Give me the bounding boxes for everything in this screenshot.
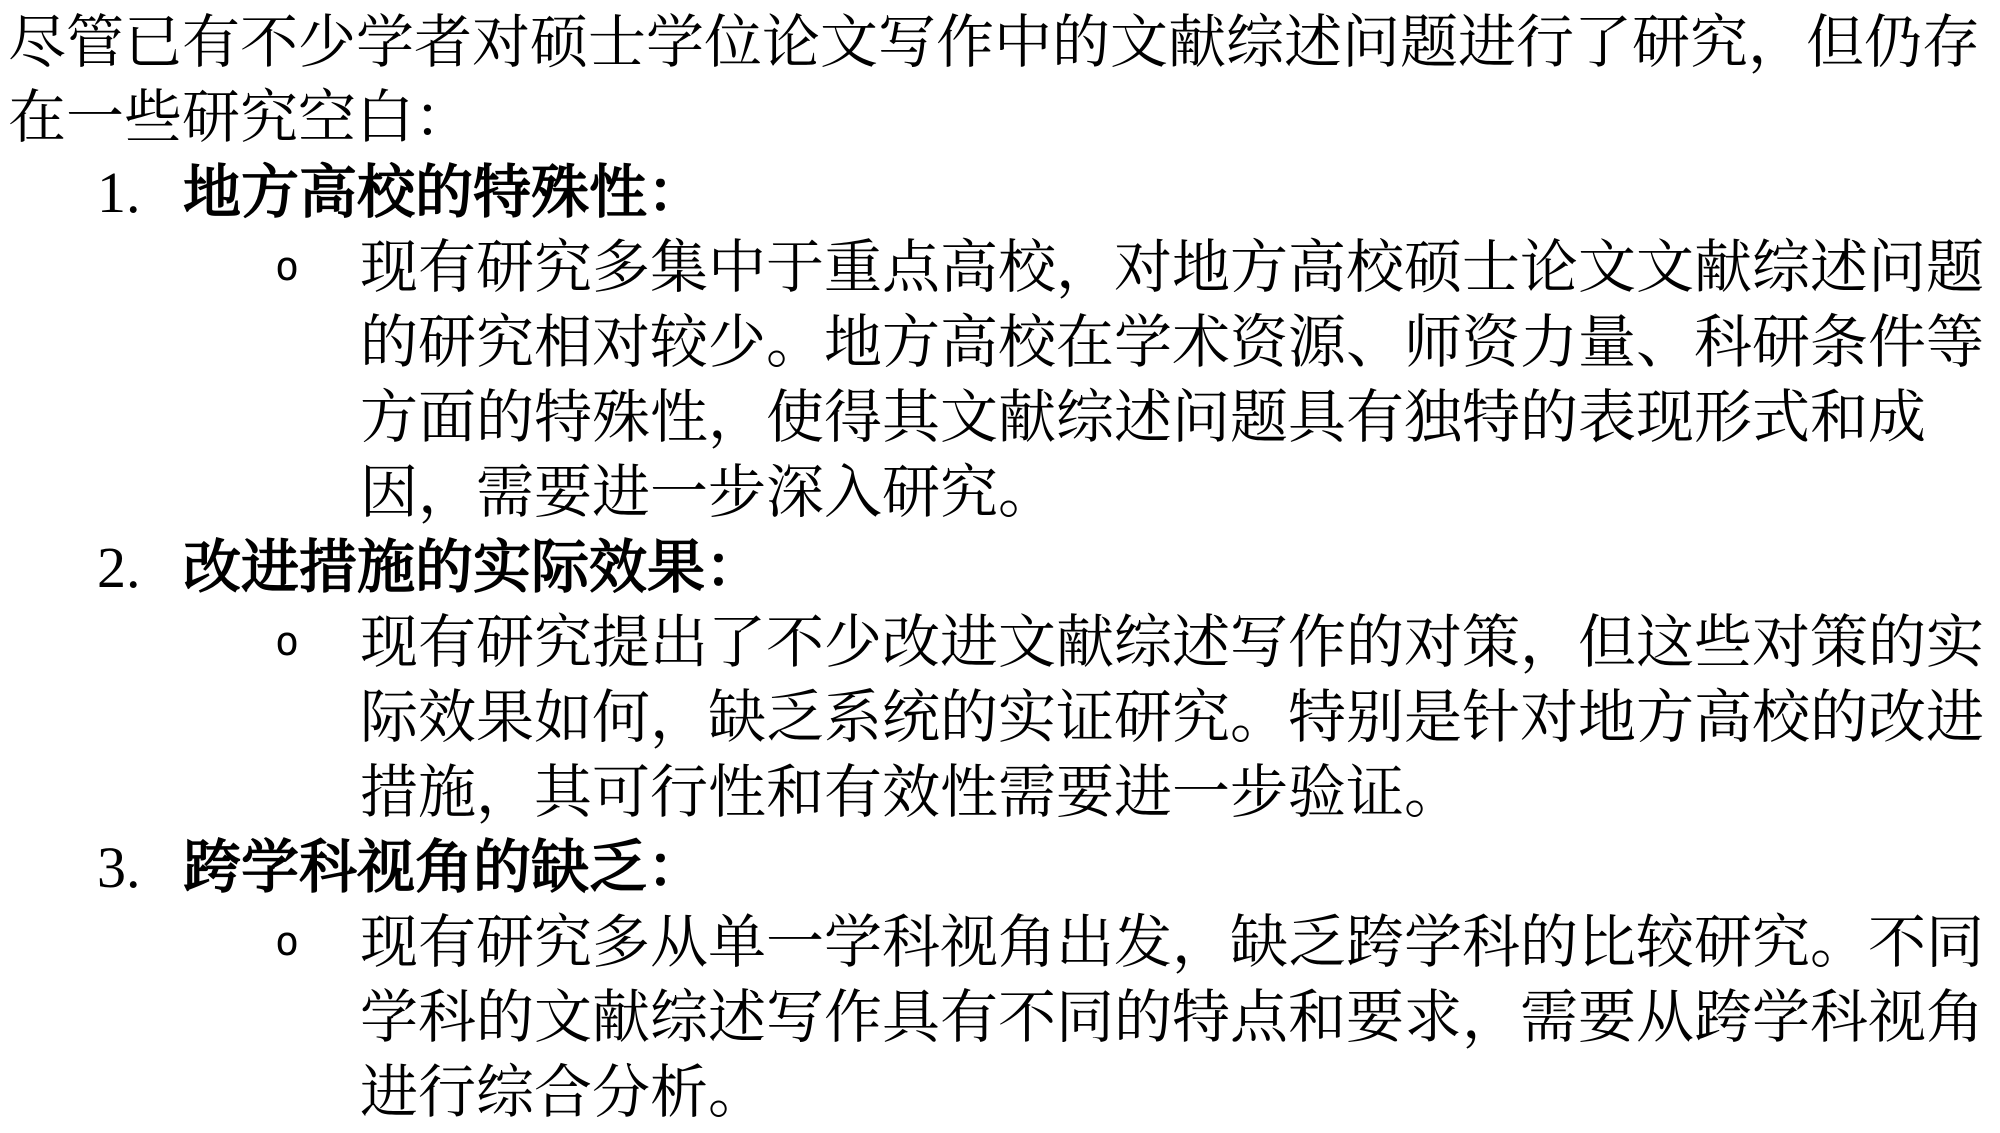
intro-paragraph: 尽管已有不少学者对硕士学位论文写作中的文献综述问题进行了研究，但仍存在一些研究空… (0, 5, 2000, 155)
list-item-heading: 地方高校的特殊性： (183, 155, 705, 230)
research-gaps-list: 1. 地方高校的特殊性： o 现有研究多集中于重点高校，对地方高校硕士论文文献综… (0, 155, 2000, 1130)
list-item: 2. 改进措施的实际效果： o 现有研究提出了不少改进文献综述写作的对策，但这些… (0, 530, 2000, 830)
list-item-body: 现有研究提出了不少改进文献综述写作的对策，但这些对策的实际效果如何，缺乏系统的实… (360, 605, 1992, 830)
list-item-number: 3. (97, 830, 183, 905)
list-item-heading-row: 3. 跨学科视角的缺乏： (0, 830, 2000, 905)
list-item: 3. 跨学科视角的缺乏： o 现有研究多从单一学科视角出发，缺乏跨学科的比较研究… (0, 830, 2000, 1130)
document-page: 尽管已有不少学者对硕士学位论文写作中的文献综述问题进行了研究，但仍存在一些研究空… (0, 0, 2000, 1133)
list-item-heading-row: 2. 改进措施的实际效果： (0, 530, 2000, 605)
list-item: 1. 地方高校的特殊性： o 现有研究多集中于重点高校，对地方高校硕士论文文献综… (0, 155, 2000, 530)
list-item-sub-row: o 现有研究多从单一学科视角出发，缺乏跨学科的比较研究。不同学科的文献综述写作具… (0, 905, 2000, 1130)
list-item-number: 1. (97, 155, 183, 230)
circle-bullet-icon: o (275, 230, 360, 305)
list-item-sub-row: o 现有研究多集中于重点高校，对地方高校硕士论文文献综述问题的研究相对较少。地方… (0, 230, 2000, 530)
list-item-sub-row: o 现有研究提出了不少改进文献综述写作的对策，但这些对策的实际效果如何，缺乏系统… (0, 605, 2000, 830)
list-item-body: 现有研究多从单一学科视角出发，缺乏跨学科的比较研究。不同学科的文献综述写作具有不… (360, 905, 1992, 1130)
list-item-body: 现有研究多集中于重点高校，对地方高校硕士论文文献综述问题的研究相对较少。地方高校… (360, 230, 1992, 530)
circle-bullet-icon: o (275, 905, 360, 980)
list-item-heading-row: 1. 地方高校的特殊性： (0, 155, 2000, 230)
list-item-number: 2. (97, 530, 183, 605)
list-item-heading: 跨学科视角的缺乏： (183, 830, 705, 905)
list-item-heading: 改进措施的实际效果： (183, 530, 763, 605)
circle-bullet-icon: o (275, 605, 360, 680)
